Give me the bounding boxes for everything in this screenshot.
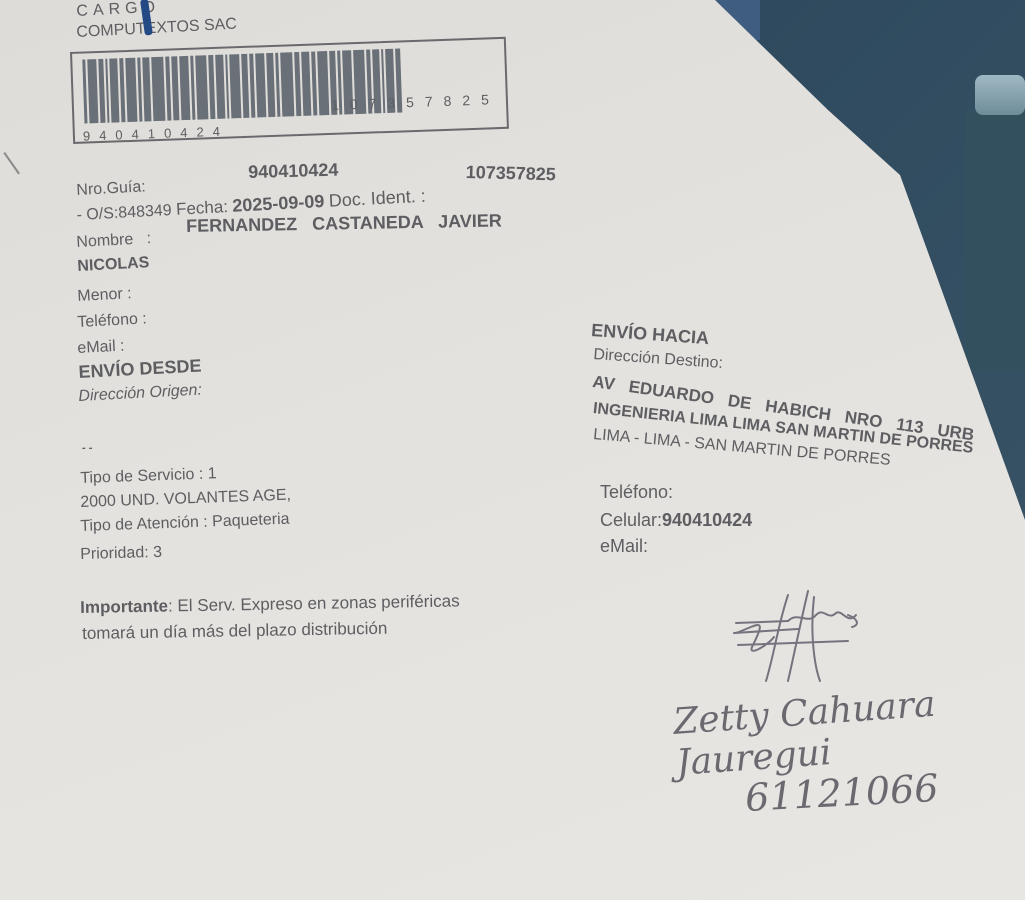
destination-address-label: Dirección Destino: — [593, 346, 724, 373]
barcode-bar — [317, 51, 329, 115]
fecha-value: 2025-09-09 — [232, 191, 325, 216]
destination-heading: ENVÍO HACIA — [591, 320, 710, 349]
celular-label: Celular: — [600, 510, 662, 530]
barcode-bar — [142, 57, 151, 121]
signature-dni: 61121066 — [744, 766, 939, 820]
barcode-bar — [215, 55, 225, 119]
origin-address-label: Dirección Origen: — [78, 382, 202, 406]
signature-scribble-icon — [728, 585, 868, 685]
barcode-bar — [301, 52, 311, 116]
barcode-bar — [179, 56, 190, 120]
document-content: CARGO COMPUTEXTOS SAC 940410424 10735782… — [0, 0, 1025, 900]
service-description: 2000 UND. VOLANTES AGE, — [80, 487, 291, 512]
signature-name: Zetty Cahuara Jauregui — [672, 677, 1025, 783]
priority: Prioridad: 3 — [80, 544, 162, 564]
background-bottle — [965, 110, 1025, 370]
guide-number: 940410424 — [248, 160, 339, 183]
os-label: - O/S:848349 — [76, 202, 172, 224]
barcode-bar — [311, 51, 317, 115]
barcode-bar — [87, 59, 98, 123]
barcode-bar — [255, 53, 266, 117]
important-notice: Importante: El Serv. Expreso en zonas pe… — [80, 591, 460, 618]
barcode-bar — [208, 55, 215, 119]
important-label: Importante — [80, 596, 168, 617]
telefono-label: Teléfono : — [77, 310, 147, 332]
origin-heading: ENVÍO DESDE — [78, 356, 202, 383]
recipient-name-line2: NICOLAS — [77, 254, 150, 276]
barcode-bar — [98, 59, 105, 123]
menor-label: Menor : — [77, 285, 132, 306]
barcode-bar — [266, 53, 275, 117]
barcode-bar — [165, 57, 171, 121]
destination-telefono-label: Teléfono: — [600, 482, 673, 503]
doc-ident-label: Doc. Ident. : — [328, 186, 426, 211]
barcode-left-number: 940410424 — [83, 124, 230, 144]
barcode-bar — [280, 52, 294, 116]
barcode-bar — [249, 54, 255, 118]
important-notice-line2: tomará un día más del plazo distribución — [82, 619, 388, 644]
recipient-name: FERNANDEZ CASTANEDA JAVIER — [186, 210, 502, 237]
barcode-bar — [119, 58, 125, 122]
barcode-bar — [151, 57, 165, 121]
destination-email-label: eMail: — [600, 536, 648, 557]
staple — [3, 152, 20, 174]
barcode-bar — [109, 58, 119, 122]
email-label: eMail : — [77, 338, 125, 358]
barcode-bar — [171, 56, 179, 120]
background-bottle-cap — [975, 75, 1025, 115]
guide-label: Nro.Guía: — [76, 178, 146, 200]
barcode-bars — [82, 45, 496, 123]
origin-address-value: - - — [82, 442, 92, 454]
barcode-bar — [125, 58, 137, 122]
barcode: 940410424 107357825 — [70, 37, 509, 144]
shipping-document-paper: CARGO COMPUTEXTOS SAC 940410424 10735782… — [0, 0, 1025, 900]
celular-value: 940410424 — [662, 510, 752, 530]
destination-celular: Celular:940410424 — [600, 510, 752, 531]
attention-type: Tipo de Atención : Paqueteria — [80, 511, 290, 536]
service-type: Tipo de Servicio : 1 — [80, 465, 217, 488]
doc-number: 107357825 — [465, 162, 556, 185]
barcode-bar — [229, 54, 241, 118]
barcode-bar — [294, 52, 301, 116]
barcode-bar — [241, 54, 249, 118]
barcode-bar — [195, 55, 208, 119]
nombre-label: Nombre : — [76, 230, 152, 252]
